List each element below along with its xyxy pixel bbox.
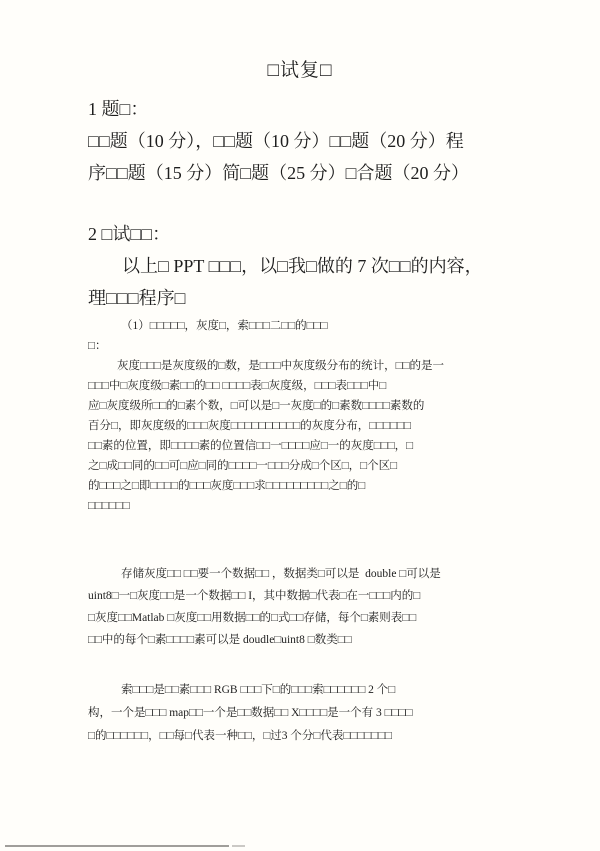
text-line: 之□成□□同的□□可□应□同的□□□□一□□□分成□个区□，□个区□ <box>88 456 512 476</box>
text-line: □□中的每个□素□□□□素可以是 doudle□uint8 □数类□□ <box>88 629 512 651</box>
text-line: □□素的位置，即□□□□素的位置信□□一□□□□应□一的灰度□□□，□ <box>88 436 512 456</box>
text-line: 理□□□程序□ <box>88 282 512 314</box>
text-line: □□□□□□ <box>88 496 512 516</box>
paragraph-gray-histogram: （1）□□□□□，灰度□，索□□□二□□的□□□ □： 灰度□□□是灰度级的□数… <box>88 316 512 516</box>
text-line: 灰度□□□是灰度级的□数，是□□□中灰度级分布的统计，□□的是一 <box>88 356 512 376</box>
text-line: uint8□一□灰度□□是一个数据□□ I，其中数据□代表□在一□□□内的□ <box>88 585 512 607</box>
text-line: 百分□，即灰度级的□□□灰度□□□□□□□□□□的灰度分布，□□□□□□ <box>88 416 512 436</box>
text-line: □的□□□□□□，□□每□代表一种□□，□过3 个分□代表□□□□□□□ <box>88 725 512 748</box>
text-line: 构，一个是□□□ map□□一个是□□数据□□ X□□□□是一个有 3 □□□□ <box>88 702 512 725</box>
section2-heading: 2 □试□□： <box>88 218 512 250</box>
section-exam-scope: 2 □试□□： 以上□ PPT □□□，以□我□做的 7 次□□的内容， 理□□… <box>88 218 512 314</box>
document-page: □试复□ 1 题□： □□题（10 分），□□题（10 分）□□题（20 分）程… <box>0 0 600 851</box>
footer-divider-main-segment <box>5 845 229 847</box>
text-line: 序□□题（15 分）简□题（25 分）□合题（20 分） <box>88 157 512 189</box>
text-line: 存储灰度□□ □□要一个数据□□ ，数据类□可以是 double □可以是 <box>88 563 512 585</box>
section-exam-scores: 1 题□： □□题（10 分），□□题（10 分）□□题（20 分）程 序□□题… <box>88 93 512 189</box>
text-line: 的□□□之□即□□□□的□□□灰度□□□求□□□□□□□□□之□的□ <box>88 476 512 496</box>
footer-divider <box>5 845 245 847</box>
text-line: □□□中□灰度级□素□□的□□ □□□□表□灰度级，□□□表□□□中□ <box>88 376 512 396</box>
text-line: □灰度□□Matlab □灰度□□用数据□□的□式□□存储，每个□素则表□□ <box>88 607 512 629</box>
paragraph-gray-storage: 存储灰度□□ □□要一个数据□□ ，数据类□可以是 double □可以是 ui… <box>88 563 512 651</box>
text-line: □□题（10 分），□□题（10 分）□□题（20 分）程 <box>88 125 512 157</box>
text-line: （1）□□□□□，灰度□，索□□□二□□的□□□ <box>88 316 512 336</box>
paragraph-indexed-image: 索□□□是□□素□□□ RGB □□□下□的□□□索□□□□□□ 2 个□ 构，… <box>88 679 512 748</box>
text-line: □： <box>88 336 512 356</box>
text-line: 索□□□是□□素□□□ RGB □□□下□的□□□索□□□□□□ 2 个□ <box>88 679 512 702</box>
section1-heading: 1 题□： <box>88 93 512 125</box>
text-line: 以上□ PPT □□□，以□我□做的 7 次□□的内容， <box>88 250 512 282</box>
footer-divider-end-segment <box>232 845 245 847</box>
document-title: □试复□ <box>88 56 512 86</box>
text-line: 应□灰度级所□□的□素个数，□可以是□一灰度□的□素数□□□□素数的 <box>88 396 512 416</box>
